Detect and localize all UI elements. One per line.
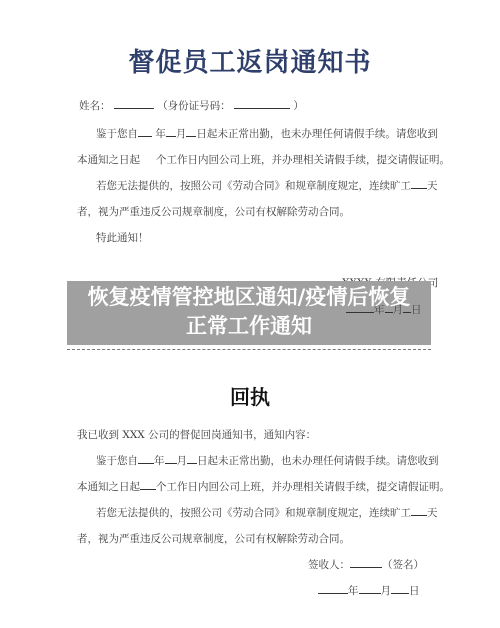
blank[interactable] — [411, 505, 427, 516]
receipt-title: 回执 — [0, 381, 500, 410]
notice-para2-line1: 若您无法提供的，按照公司《劳动合同》和规章制度规定，连续旷工天 — [96, 178, 438, 193]
text: 鉴于您自 — [96, 128, 138, 140]
blank[interactable] — [186, 126, 196, 137]
name-blank[interactable] — [114, 98, 154, 109]
text: 本通知之日起 — [77, 481, 140, 493]
text: 个工作日内回公司上班，并办理相关请假手续，提交请假证明。 — [156, 481, 450, 493]
text: 个工作日内回公司上班，并办理相关请假手续，提交请假证明。 — [156, 154, 450, 166]
cut-line-divider — [67, 349, 431, 350]
text: 日 — [409, 585, 420, 597]
name-id-line: 姓名： （身份证号码： ） — [79, 98, 304, 113]
text: 月 — [177, 455, 188, 467]
signer-line: 签收人：（签名） — [308, 557, 424, 572]
blank[interactable] — [165, 453, 177, 464]
text: 年 — [155, 128, 166, 140]
id-label-close: ） — [293, 100, 304, 112]
notice-para2-line2: 者，视为严重违反公司规章制度，公司有权解除劳动合同。 — [77, 204, 350, 219]
blank[interactable] — [140, 479, 156, 490]
id-label: （身份证号码： — [157, 100, 231, 112]
signer-label: 签收人： — [308, 559, 350, 571]
blank[interactable] — [166, 126, 176, 137]
notice-para1-line2: 本通知之日起个工作日内回公司上班，并办理相关请假手续，提交请假证明。 — [77, 152, 450, 167]
banner-headline: 恢复疫情管控地区通知/疫情后恢复 正常工作通知 — [67, 283, 431, 341]
day-blank[interactable] — [391, 583, 409, 594]
year-blank[interactable] — [318, 583, 348, 594]
notice-title: 督促员工返岗通知书 — [0, 42, 500, 79]
notice-closing: 特此通知！ — [96, 230, 149, 245]
receipt-intro: 我已收到 XXX 公司的督促回岗通知书，通知内容： — [77, 427, 316, 442]
receipt-para1-line1: 鉴于您自年月日起未正常出勤，也未办理任何请假手续。请您收到 — [96, 453, 439, 468]
blank[interactable] — [138, 126, 152, 137]
notice-para1-line1: 鉴于您自 年月日起未正常出勤，也未办理任何请假手续。请您收到 — [96, 126, 438, 141]
receipt-date: 年月日 — [318, 583, 420, 598]
blank[interactable] — [187, 453, 197, 464]
text: 若您无法提供的，按照公司《劳动合同》和规章制度规定，连续旷工 — [96, 507, 411, 519]
text: 年 — [348, 585, 359, 597]
text: 月 — [381, 585, 392, 597]
signature-blank[interactable] — [350, 557, 382, 568]
receipt-para2-line2: 者，视为严重违反公司规章制度，公司有权解除劳动合同。 — [77, 531, 350, 546]
name-label: 姓名： — [79, 100, 111, 112]
receipt-para2-line1: 若您无法提供的，按照公司《劳动合同》和规章制度规定，连续旷工天 — [96, 505, 438, 520]
blank[interactable] — [138, 453, 154, 464]
text: 月 — [176, 128, 187, 140]
signer-suffix: （签名） — [382, 559, 424, 571]
blank[interactable] — [411, 178, 427, 189]
text: 天 — [427, 507, 438, 519]
text: 若您无法提供的，按照公司《劳动合同》和规章制度规定，连续旷工 — [96, 180, 411, 192]
banner-line-1: 恢复疫情管控地区通知/疫情后恢复 — [67, 283, 431, 312]
banner-line-2: 正常工作通知 — [67, 312, 431, 341]
text: 日起未正常出勤，也未办理任何请假手续。请您收到 — [197, 455, 439, 467]
text: 日起未正常出勤，也未办理任何请假手续。请您收到 — [196, 128, 438, 140]
text: 鉴于您自 — [96, 455, 138, 467]
text: 天 — [427, 180, 438, 192]
text: 年 — [154, 455, 165, 467]
month-blank[interactable] — [359, 583, 381, 594]
receipt-para1-line2: 本通知之日起个工作日内回公司上班，并办理相关请假手续，提交请假证明。 — [77, 479, 450, 494]
id-blank[interactable] — [234, 98, 290, 109]
text: 本通知之日起 — [77, 154, 140, 166]
